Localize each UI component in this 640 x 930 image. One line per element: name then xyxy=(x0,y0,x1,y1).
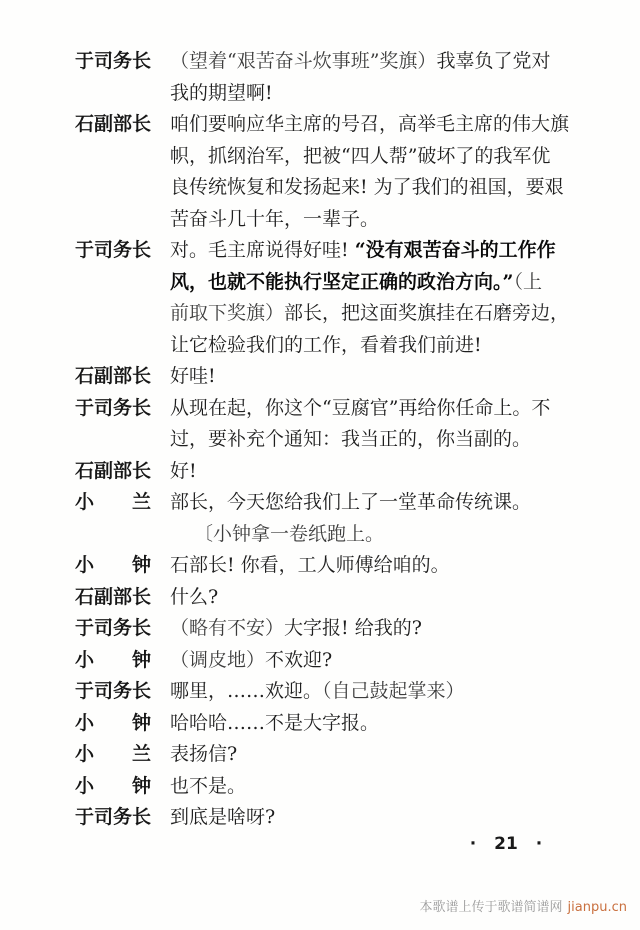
speaker-name: 小 钟 xyxy=(75,708,151,740)
dialogue-text: 大字报! 给我的? xyxy=(284,617,422,639)
dialogue-text: 什么? xyxy=(170,586,218,608)
dialogue-text: 让它检验我们的工作，看着我们前进! xyxy=(170,334,482,356)
script-line: 于司务长 到底是啥呀? xyxy=(75,802,595,834)
speaker-name: 小 兰 xyxy=(75,487,151,519)
speaker-name: 小 钟 xyxy=(75,771,151,803)
script-line: 于司务长 对。毛主席说得好哇! “没有艰苦奋斗的工作作 xyxy=(75,235,595,267)
watermark-site-link[interactable]: jianpu.cn xyxy=(568,900,627,915)
page-number: · 21 · xyxy=(460,834,552,854)
stage-direction: （自己鼓起掌来） xyxy=(322,680,465,702)
dialogue-text: 好! xyxy=(170,460,197,482)
stage-direction: 〔小钟拿一卷纸跑上。 xyxy=(194,523,384,545)
speaker-name: 于司务长 xyxy=(75,393,151,425)
dialogue-area: 于司务长 （望着“艰苦奋斗炊事班”奖旗）我辜负了党对 我的期望啊! 石副部长 咱… xyxy=(75,46,595,834)
speaker-name: 石副部长 xyxy=(75,582,151,614)
script-line: 小 钟 哈哈哈……不是大字报。 xyxy=(75,708,595,740)
script-line: 小 兰 部长，今天您给我们上了一堂革命传统课。 xyxy=(75,487,595,519)
script-line: 苦奋斗几十年，一辈子。 xyxy=(75,204,595,236)
line-text: 到底是啥呀? xyxy=(170,802,275,834)
dialogue-text: 过，要补充个通知：我当正的，你当副的。 xyxy=(170,428,531,450)
dialogue-text: 苦奋斗几十年，一辈子。 xyxy=(170,208,379,230)
line-text: 良传统恢复和发扬起来! 为了我们的祖国，要艰 xyxy=(170,172,564,204)
script-page: 于司务长 （望着“艰苦奋斗炊事班”奖旗）我辜负了党对 我的期望啊! 石副部长 咱… xyxy=(0,0,640,930)
script-line: 于司务长 从现在起，你这个“豆腐官”再给你任命上。不 xyxy=(75,393,595,425)
script-line: 让它检验我们的工作，看着我们前进! xyxy=(75,330,595,362)
script-line: 过，要补充个通知：我当正的，你当副的。 xyxy=(75,424,595,456)
dialogue-text: 从现在起，你这个“豆腐官”再给你任命上。不 xyxy=(170,397,550,419)
dialogue-text: 部长，今天您给我们上了一堂革命传统课。 xyxy=(170,491,531,513)
line-text: 咱们要响应华主席的号召，高举毛主席的伟大旗 xyxy=(170,109,569,141)
dialogue-text: 对。毛主席说得好哇! xyxy=(170,239,355,261)
stage-direction: （望着“艰苦奋斗炊事班”奖旗） xyxy=(170,50,436,72)
dialogue-text: 到底是啥呀? xyxy=(170,806,275,828)
script-line: 小 钟 石部长! 你看，工人师傅给咱的。 xyxy=(75,550,595,582)
line-text: 也不是。 xyxy=(170,771,246,803)
speaker-name: 于司务长 xyxy=(75,46,151,78)
speaker-name: 于司务长 xyxy=(75,235,151,267)
dialogue-text: 石部长! 你看，工人师傅给咱的。 xyxy=(170,554,450,576)
speaker-name: 小 钟 xyxy=(75,645,151,677)
dialogue-text: 不欢迎? xyxy=(265,649,332,671)
speaker-name: 于司务长 xyxy=(75,613,151,645)
script-line: 小 钟 （调皮地）不欢迎? xyxy=(75,645,595,677)
line-text: 好! xyxy=(170,456,197,488)
script-line: 于司务长 （望着“艰苦奋斗炊事班”奖旗）我辜负了党对 xyxy=(75,46,595,78)
speaker-name: 石副部长 xyxy=(75,361,151,393)
dialogue-text: 良传统恢复和发扬起来! 为了我们的祖国，要艰 xyxy=(170,176,564,198)
dialogue-text: 哈哈哈……不是大字报。 xyxy=(170,712,379,734)
line-text: （望着“艰苦奋斗炊事班”奖旗）我辜负了党对 xyxy=(170,46,550,78)
dialogue-text: 帜，抓纲治军，把被“四人帮”破坏了的我军优 xyxy=(170,145,550,167)
script-line: 前取下奖旗）部长，把这面奖旗挂在石磨旁边， xyxy=(75,298,595,330)
dialogue-text: 表扬信? xyxy=(170,743,237,765)
speaker-name: 于司务长 xyxy=(75,676,151,708)
stage-direction: （略有不安） xyxy=(170,617,284,639)
watermark: 本歌谱上传于歌谱简谱网jianpu.cn xyxy=(420,896,627,915)
script-line: 于司务长 （略有不安）大字报! 给我的? xyxy=(75,613,595,645)
line-text: 表扬信? xyxy=(170,739,237,771)
watermark-text: 本歌谱上传于歌谱简谱网 xyxy=(420,900,563,915)
line-text: 帜，抓纲治军，把被“四人帮”破坏了的我军优 xyxy=(170,141,550,173)
stage-direction: （上 xyxy=(513,271,542,293)
line-text: 前取下奖旗）部长，把这面奖旗挂在石磨旁边， xyxy=(170,298,569,330)
speaker-name: 石副部长 xyxy=(75,456,151,488)
line-text: 风，也就不能执行坚定正确的政治方向。”（上 xyxy=(170,267,542,299)
line-text: 什么? xyxy=(170,582,218,614)
dialogue-text: 咱们要响应华主席的号召，高举毛主席的伟大旗 xyxy=(170,113,569,135)
speaker-name: 小 兰 xyxy=(75,739,151,771)
quote-text: 风，也就不能执行坚定正确的政治方向。” xyxy=(170,271,513,293)
script-line: 〔小钟拿一卷纸跑上。 xyxy=(75,519,595,551)
line-text: 部长，今天您给我们上了一堂革命传统课。 xyxy=(170,487,531,519)
speaker-name: 于司务长 xyxy=(75,802,151,834)
line-text: （调皮地）不欢迎? xyxy=(170,645,332,677)
script-line: 石副部长 好哇! xyxy=(75,361,595,393)
dialogue-text: 哪里，……欢迎。 xyxy=(170,680,322,702)
line-text: 从现在起，你这个“豆腐官”再给你任命上。不 xyxy=(170,393,550,425)
line-text: 石部长! 你看，工人师傅给咱的。 xyxy=(170,550,450,582)
script-line: 小 兰 表扬信? xyxy=(75,739,595,771)
stage-direction: （调皮地） xyxy=(170,649,265,671)
line-text: 让它检验我们的工作，看着我们前进! xyxy=(170,330,482,362)
script-line: 石副部长 什么? xyxy=(75,582,595,614)
script-line: 我的期望啊! xyxy=(75,78,595,110)
speaker-name: 石副部长 xyxy=(75,109,151,141)
script-line: 于司务长 哪里，……欢迎。（自己鼓起掌来） xyxy=(75,676,595,708)
dialogue-text: 我辜负了党对 xyxy=(436,50,550,72)
line-text: 对。毛主席说得好哇! “没有艰苦奋斗的工作作 xyxy=(170,235,556,267)
quote-text: “没有艰苦奋斗的工作作 xyxy=(355,239,556,261)
dialogue-text: 我的期望啊! xyxy=(170,82,273,104)
script-line: 风，也就不能执行坚定正确的政治方向。”（上 xyxy=(75,267,595,299)
dialogue-text: 部长，把这面奖旗挂在石磨旁边， xyxy=(284,302,569,324)
line-text: 〔小钟拿一卷纸跑上。 xyxy=(194,519,384,551)
dialogue-text: 也不是。 xyxy=(170,775,246,797)
speaker-name: 小 钟 xyxy=(75,550,151,582)
dialogue-text: 好哇! xyxy=(170,365,216,387)
line-text: 哈哈哈……不是大字报。 xyxy=(170,708,379,740)
script-line: 石副部长 好! xyxy=(75,456,595,488)
script-line: 小 钟 也不是。 xyxy=(75,771,595,803)
script-line: 石副部长 咱们要响应华主席的号召，高举毛主席的伟大旗 xyxy=(75,109,595,141)
line-text: （略有不安）大字报! 给我的? xyxy=(170,613,422,645)
line-text: 过，要补充个通知：我当正的，你当副的。 xyxy=(170,424,531,456)
stage-direction: 前取下奖旗） xyxy=(170,302,284,324)
line-text: 苦奋斗几十年，一辈子。 xyxy=(170,204,379,236)
script-line: 帜，抓纲治军，把被“四人帮”破坏了的我军优 xyxy=(75,141,595,173)
line-text: 我的期望啊! xyxy=(170,78,273,110)
line-text: 哪里，……欢迎。（自己鼓起掌来） xyxy=(170,676,465,708)
line-text: 好哇! xyxy=(170,361,216,393)
script-line: 良传统恢复和发扬起来! 为了我们的祖国，要艰 xyxy=(75,172,595,204)
